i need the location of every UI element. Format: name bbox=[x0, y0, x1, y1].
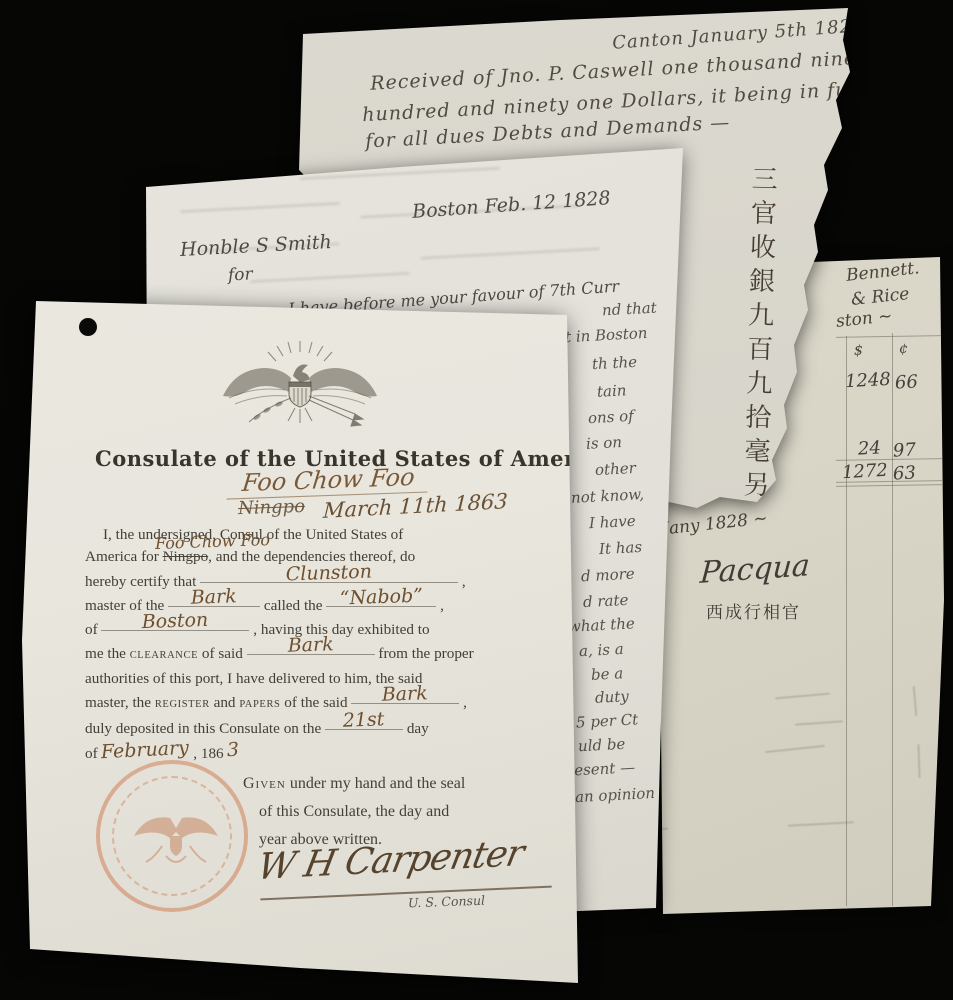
printed-text: master, the bbox=[85, 694, 151, 711]
consulate-certificate: Consulate of the United States of Americ… bbox=[0, 0, 953, 1000]
seal-eagle-icon bbox=[126, 798, 226, 878]
handwritten-home-port: Boston bbox=[142, 609, 209, 634]
printed-text: , bbox=[463, 694, 467, 711]
printed-smallcaps: PAPERS bbox=[239, 699, 280, 710]
certificate-body-line: duly deposited in this Consulate on the … bbox=[85, 716, 530, 740]
printed-smallcaps: CLEARANCE bbox=[130, 650, 198, 661]
printed-text: hereby certify that bbox=[85, 573, 196, 590]
printed-smallcaps: REGISTER bbox=[155, 699, 210, 710]
printed-text: America for bbox=[85, 548, 159, 565]
printed-text: me the bbox=[85, 645, 126, 662]
handwritten-vessel-name: “Nabob” bbox=[339, 584, 423, 609]
certificate-body-line: hereby certify that Clunston , bbox=[85, 569, 530, 593]
consular-seal bbox=[96, 760, 248, 912]
photo-of-documents: { "receipt": { "dateline": "Canton Janua… bbox=[0, 0, 953, 1000]
punch-hole bbox=[79, 318, 97, 336]
certificate-body-line: of February , 186 3 bbox=[85, 741, 530, 765]
handwritten-vessel-type: Bark bbox=[287, 634, 334, 658]
closing-smallcaps: Given bbox=[243, 775, 286, 792]
certificate-body-line: master, the REGISTER and PAPERS of the s… bbox=[85, 690, 530, 716]
printed-text: of bbox=[85, 745, 98, 762]
eagle-emblem-icon bbox=[205, 336, 395, 446]
handwritten-day: 21st bbox=[343, 709, 385, 733]
signature-underline bbox=[260, 886, 552, 901]
handwritten-vessel-type: Bark bbox=[191, 585, 238, 609]
printed-text: , bbox=[440, 597, 444, 614]
certificate-body-line: authorities of this port, I have deliver… bbox=[85, 668, 530, 690]
printed-text: , bbox=[462, 573, 466, 590]
certificate-body-line: me the CLEARANCE of said Bark from the p… bbox=[85, 641, 530, 667]
closing-text: of this Consulate, the day and bbox=[243, 798, 465, 826]
certificate-date-handwritten: March 11th 1863 bbox=[322, 489, 508, 523]
printed-text: from the proper bbox=[378, 645, 473, 662]
printed-text: duly deposited in this Consulate on the bbox=[85, 720, 321, 737]
printed-text: , 186 bbox=[193, 745, 223, 762]
consul-title: U. S. Consul bbox=[408, 893, 485, 911]
struck-word: Ningpo bbox=[238, 496, 306, 519]
printed-text: of the said bbox=[284, 694, 347, 711]
closing-text: under my hand and the seal bbox=[286, 775, 466, 792]
printed-text: , having this day exhibited to bbox=[253, 621, 429, 638]
handwritten-vessel-type: Bark bbox=[382, 682, 429, 706]
printed-text: day bbox=[407, 720, 429, 737]
handwritten-year-digit: 3 bbox=[227, 738, 240, 761]
handwritten-master-name: Clunston bbox=[285, 560, 372, 585]
handwritten-correction: Foo Chow Foo bbox=[154, 529, 270, 555]
printed-text: and bbox=[214, 694, 236, 711]
certificate-paper: Consulate of the United States of Americ… bbox=[0, 0, 953, 1000]
printed-text: of bbox=[85, 621, 98, 638]
printed-text: of said bbox=[202, 645, 243, 662]
printed-text: called the bbox=[264, 597, 323, 614]
certificate-body-line: I, the undersigned, Consul of the United… bbox=[85, 524, 530, 546]
